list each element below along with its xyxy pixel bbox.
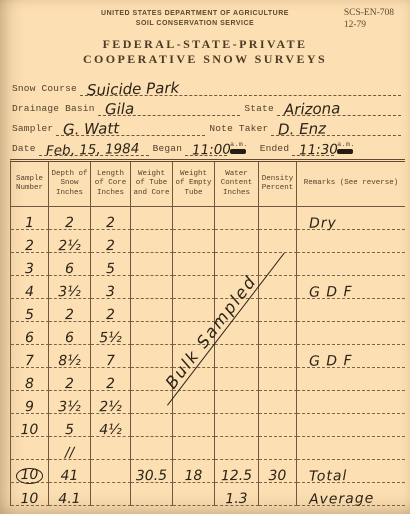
table-row: 122Dry (11, 207, 405, 230)
table-row: 22½2 (11, 230, 405, 253)
handwritten-entry: 2 (49, 376, 90, 393)
column-header: Sample Number (11, 162, 49, 206)
handwritten-entry: 2 (49, 215, 90, 232)
table-cell (173, 207, 215, 230)
table-cell (297, 253, 405, 276)
table-cell: 6 (11, 322, 49, 345)
table-cell: 4½ (91, 414, 131, 437)
snow-course-row: Snow Course Suicide Park (12, 76, 401, 96)
table-cell: 3½ (49, 276, 91, 299)
circled-value: 10 (15, 468, 43, 484)
handwritten-entry: 4 (11, 284, 48, 301)
table-cell: 7 (91, 345, 131, 368)
ended-value: 11:30 (299, 141, 338, 158)
table-cell: G D F (297, 276, 405, 299)
table-cell (297, 230, 405, 253)
table-cell (297, 322, 405, 345)
handwritten-entry: 10 (11, 422, 48, 439)
table-cell: 1.3 (215, 483, 259, 506)
table-cell: G D F (297, 345, 405, 368)
table-cell (215, 207, 259, 230)
ended-field: 11:30 (292, 135, 334, 156)
table-cell (259, 483, 297, 506)
form-title-line1: FEDERAL-STATE-PRIVATE (0, 37, 410, 52)
table-cell (259, 414, 297, 437)
table-cell (131, 230, 173, 253)
handwritten-entry: 1.3 (215, 491, 258, 508)
handwritten-entry: 2 (49, 307, 90, 324)
table-cell (259, 299, 297, 322)
column-header: Weight of Tube and Core (131, 162, 173, 206)
table-cell (215, 230, 259, 253)
table-cell: 10 (11, 483, 49, 506)
table-cell: 8 (11, 368, 49, 391)
handwritten-entry: 3 (91, 284, 130, 301)
table-cell: 4 (11, 276, 49, 299)
table-cell (91, 460, 131, 483)
table-cell: 30 (259, 460, 297, 483)
form-number: SCS-EN-708 (344, 7, 394, 19)
table-cell: 2 (91, 230, 131, 253)
table-row: 93½2½ (11, 391, 405, 414)
table-cell: 2 (49, 368, 91, 391)
table-cell (215, 414, 259, 437)
handwritten-entry: 2½ (49, 238, 90, 255)
table-row: 1054½ (11, 414, 405, 437)
handwritten-entry: 9 (11, 399, 48, 416)
handwritten-entry: 6 (49, 330, 90, 347)
table-cell: 41 (49, 460, 91, 483)
table-cell (173, 276, 215, 299)
table-cell (91, 483, 131, 506)
handwritten-entry: 30 (259, 468, 296, 485)
handwritten-entry: 12.5 (215, 468, 258, 485)
table-cell (173, 391, 215, 414)
handwritten-entry: 6 (11, 330, 48, 347)
snow-survey-form: UNITED STATES DEPARTMENT OF AGRICULTURE … (0, 0, 410, 514)
table-cell: 9 (11, 391, 49, 414)
table-cell (131, 391, 173, 414)
handwritten-entry: 3½ (49, 284, 90, 301)
table-cell (11, 437, 49, 460)
drainage-basin-field: Gila (98, 95, 241, 116)
column-header: Depth of Snow Inches (49, 162, 91, 206)
handwritten-entry: 4½ (91, 422, 130, 439)
table-cell (215, 368, 259, 391)
table-cell (297, 391, 405, 414)
handwritten-entry: 1 (11, 215, 48, 232)
column-header: Length of Core Inches (91, 162, 131, 206)
handwritten-entry: 8½ (49, 353, 90, 370)
table-cell (173, 253, 215, 276)
handwritten-entry: Average (297, 490, 405, 508)
table-cell: 1 (11, 207, 49, 230)
table-cell (215, 437, 259, 460)
table-cell: 2 (91, 368, 131, 391)
drainage-basin-row: Drainage Basin Gila State Arizona (12, 96, 401, 116)
table-cell: 2 (11, 230, 49, 253)
began-label: Began (149, 143, 186, 156)
handwritten-entry: 2 (91, 215, 130, 232)
table-cell (131, 414, 173, 437)
table-cell: 12.5 (215, 460, 259, 483)
table-cell: 4.1 (49, 483, 91, 506)
table-cell (215, 391, 259, 414)
table-cell (131, 207, 173, 230)
table-cell: 10 (11, 414, 49, 437)
agency-line1: UNITED STATES DEPARTMENT OF AGRICULTURE (70, 9, 320, 19)
table-cell: 3½ (49, 391, 91, 414)
handwritten-entry: 4.1 (49, 491, 90, 508)
handwritten-entry: 5 (49, 422, 90, 439)
handwritten-entry: 5 (11, 307, 48, 324)
table-cell (131, 299, 173, 322)
handwritten-entry: 10 (11, 491, 48, 508)
table-row: 822 (11, 368, 405, 391)
table-row: 104130.51812.530Total (11, 460, 405, 483)
handwritten-entry: 2½ (91, 399, 130, 416)
table-cell: Total (297, 460, 405, 483)
date-field: Feb, 15, 1984 (39, 135, 149, 156)
handwritten-entry: 7 (11, 353, 48, 370)
handwritten-entry: 2 (91, 376, 130, 393)
table-cell (259, 207, 297, 230)
began-field: 11:00 (185, 135, 227, 156)
column-header: Density Percent (259, 162, 297, 206)
handwritten-entry: 18 (173, 468, 214, 485)
date-row: Date Feb, 15, 1984 Began 11:00 a.m. Ende… (12, 136, 401, 156)
snow-course-label: Snow Course (12, 83, 80, 96)
table-cell: 5 (91, 253, 131, 276)
handwritten-entry: 5 (91, 261, 130, 278)
handwritten-entry: 3½ (49, 399, 90, 416)
began-am-label: a.m. (230, 142, 248, 148)
table-cell: 2½ (91, 391, 131, 414)
table-cell (173, 414, 215, 437)
table-cell: 6 (49, 253, 91, 276)
agency-header: UNITED STATES DEPARTMENT OF AGRICULTURE … (70, 9, 320, 29)
form-revision: 12-79 (344, 19, 394, 31)
table-cell: 5 (49, 414, 91, 437)
ended-label: Ended (250, 143, 293, 156)
table-cell: 7 (11, 345, 49, 368)
table-cell (259, 345, 297, 368)
ended-pm-struck-out (337, 149, 353, 154)
column-header: Water Content Inches (215, 162, 259, 206)
table-cell: 2 (49, 299, 91, 322)
snow-course-field: Suicide Park (80, 75, 401, 96)
table-cell: 2 (49, 207, 91, 230)
table-cell: 18 (173, 460, 215, 483)
date-label: Date (12, 143, 39, 156)
table-cell: 8½ (49, 345, 91, 368)
ended-am-label: a.m. (337, 142, 355, 148)
table-cell (173, 230, 215, 253)
table-cell: 2 (91, 299, 131, 322)
table-cell: // (49, 437, 91, 460)
table-cell (259, 253, 297, 276)
sampler-field: G. Watt (56, 115, 205, 136)
handwritten-entry: 8 (11, 376, 48, 393)
table-row: 43½3G D F (11, 276, 405, 299)
table-cell (297, 437, 405, 460)
date-value: Feb, 15, 1984 (45, 141, 139, 159)
handwritten-entry: 10 (11, 467, 48, 485)
table-cell: 3 (91, 276, 131, 299)
form-number-block: SCS-EN-708 12-79 (344, 7, 394, 31)
table-cell: Dry (297, 207, 405, 230)
agency-line2: SOIL CONSERVATION SERVICE (70, 19, 320, 29)
began-pm-struck-out (230, 149, 246, 154)
table-cell: 5½ (91, 322, 131, 345)
table-cell (297, 299, 405, 322)
table-cell (259, 368, 297, 391)
handwritten-entry: 41 (49, 468, 90, 485)
sampler-row: Sampler G. Watt Note Taker D. Enz (12, 116, 401, 136)
form-fields: Snow Course Suicide Park Drainage Basin … (12, 76, 401, 156)
table-row: 365 (11, 253, 405, 276)
handwritten-entry: 2 (91, 307, 130, 324)
table-cell (131, 483, 173, 506)
handwritten-entry: 3 (11, 261, 48, 278)
handwritten-entry: 30.5 (131, 468, 172, 485)
handwritten-entry: 2 (11, 238, 48, 255)
table-row: 104.11.3Average (11, 483, 405, 506)
table-cell (131, 322, 173, 345)
table-cell (215, 345, 259, 368)
handwritten-entry: // (49, 445, 90, 462)
table-cell (259, 276, 297, 299)
table-cell (173, 483, 215, 506)
table-cell (91, 437, 131, 460)
table-cell (131, 253, 173, 276)
table-body: 122Dry22½236543½3G D F522665½78½7G D F82… (11, 207, 405, 506)
table-cell: 2½ (49, 230, 91, 253)
handwritten-entry: 5½ (91, 330, 130, 347)
form-title-line2: COOPERATIVE SNOW SURVEYS (0, 52, 410, 67)
table-cell (173, 437, 215, 460)
began-value: 11:00 (192, 141, 231, 158)
handwritten-entry: 7 (91, 353, 130, 370)
state-field: Arizona (277, 95, 401, 116)
note-taker-field: D. Enz (271, 115, 401, 136)
table-cell (297, 414, 405, 437)
handwritten-entry: 6 (49, 261, 90, 278)
table-cell: 6 (49, 322, 91, 345)
table-header-row: Sample NumberDepth of Snow InchesLength … (11, 162, 405, 207)
table-cell: 5 (11, 299, 49, 322)
table-cell (131, 345, 173, 368)
table-cell (215, 253, 259, 276)
table-cell (131, 276, 173, 299)
table-cell (259, 230, 297, 253)
table-row: // (11, 437, 405, 460)
table-cell: 30.5 (131, 460, 173, 483)
form-title: FEDERAL-STATE-PRIVATE COOPERATIVE SNOW S… (0, 37, 410, 67)
table-cell (297, 368, 405, 391)
column-header: Weight of Empty Tube (173, 162, 215, 206)
table-cell (259, 437, 297, 460)
table-cell (259, 391, 297, 414)
table-cell: 10 (11, 460, 49, 483)
table-cell: 3 (11, 253, 49, 276)
table-cell: 2 (91, 207, 131, 230)
table-cell: Average (297, 483, 405, 506)
table-cell (131, 437, 173, 460)
handwritten-entry: 2 (91, 238, 130, 255)
table-cell (259, 322, 297, 345)
column-header: Remarks (See reverse) (297, 162, 405, 206)
